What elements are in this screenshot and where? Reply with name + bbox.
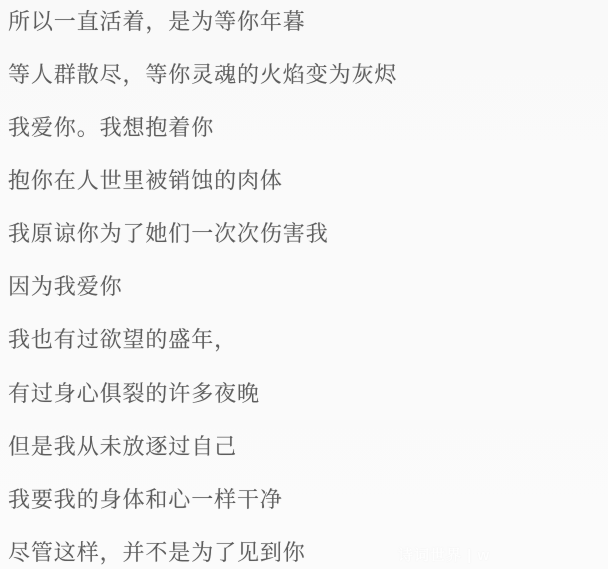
watermark: 诗词世界 | w bbox=[398, 544, 490, 565]
poem-page: 所以一直活着，是为等你年暮 等人群散尽，等你灵魂的火焰变为灰烬 我爱你。我想抱着… bbox=[0, 0, 608, 569]
poem-line: 等人群散尽，等你灵魂的火焰变为灰烬 bbox=[8, 61, 397, 88]
poem-line: 但是我从未放逐过自己 bbox=[8, 433, 237, 460]
poem-line: 我原谅你为了她们一次次伤害我 bbox=[8, 220, 329, 247]
poem-line: 我也有过欲望的盛年， bbox=[8, 326, 237, 353]
poem-line: 我要我的身体和心一样干净 bbox=[8, 486, 283, 513]
poem-line: 尽管这样，并不是为了见到你 bbox=[8, 539, 306, 566]
poem-line: 我爱你。我想抱着你 bbox=[8, 114, 214, 141]
poem-line: 所以一直活着，是为等你年暮 bbox=[8, 8, 306, 35]
poem-line: 因为我爱你 bbox=[8, 273, 123, 300]
poem-line: 有过身心俱裂的许多夜晚 bbox=[8, 380, 260, 407]
poem-line: 抱你在人世里被销蚀的肉体 bbox=[8, 167, 283, 194]
